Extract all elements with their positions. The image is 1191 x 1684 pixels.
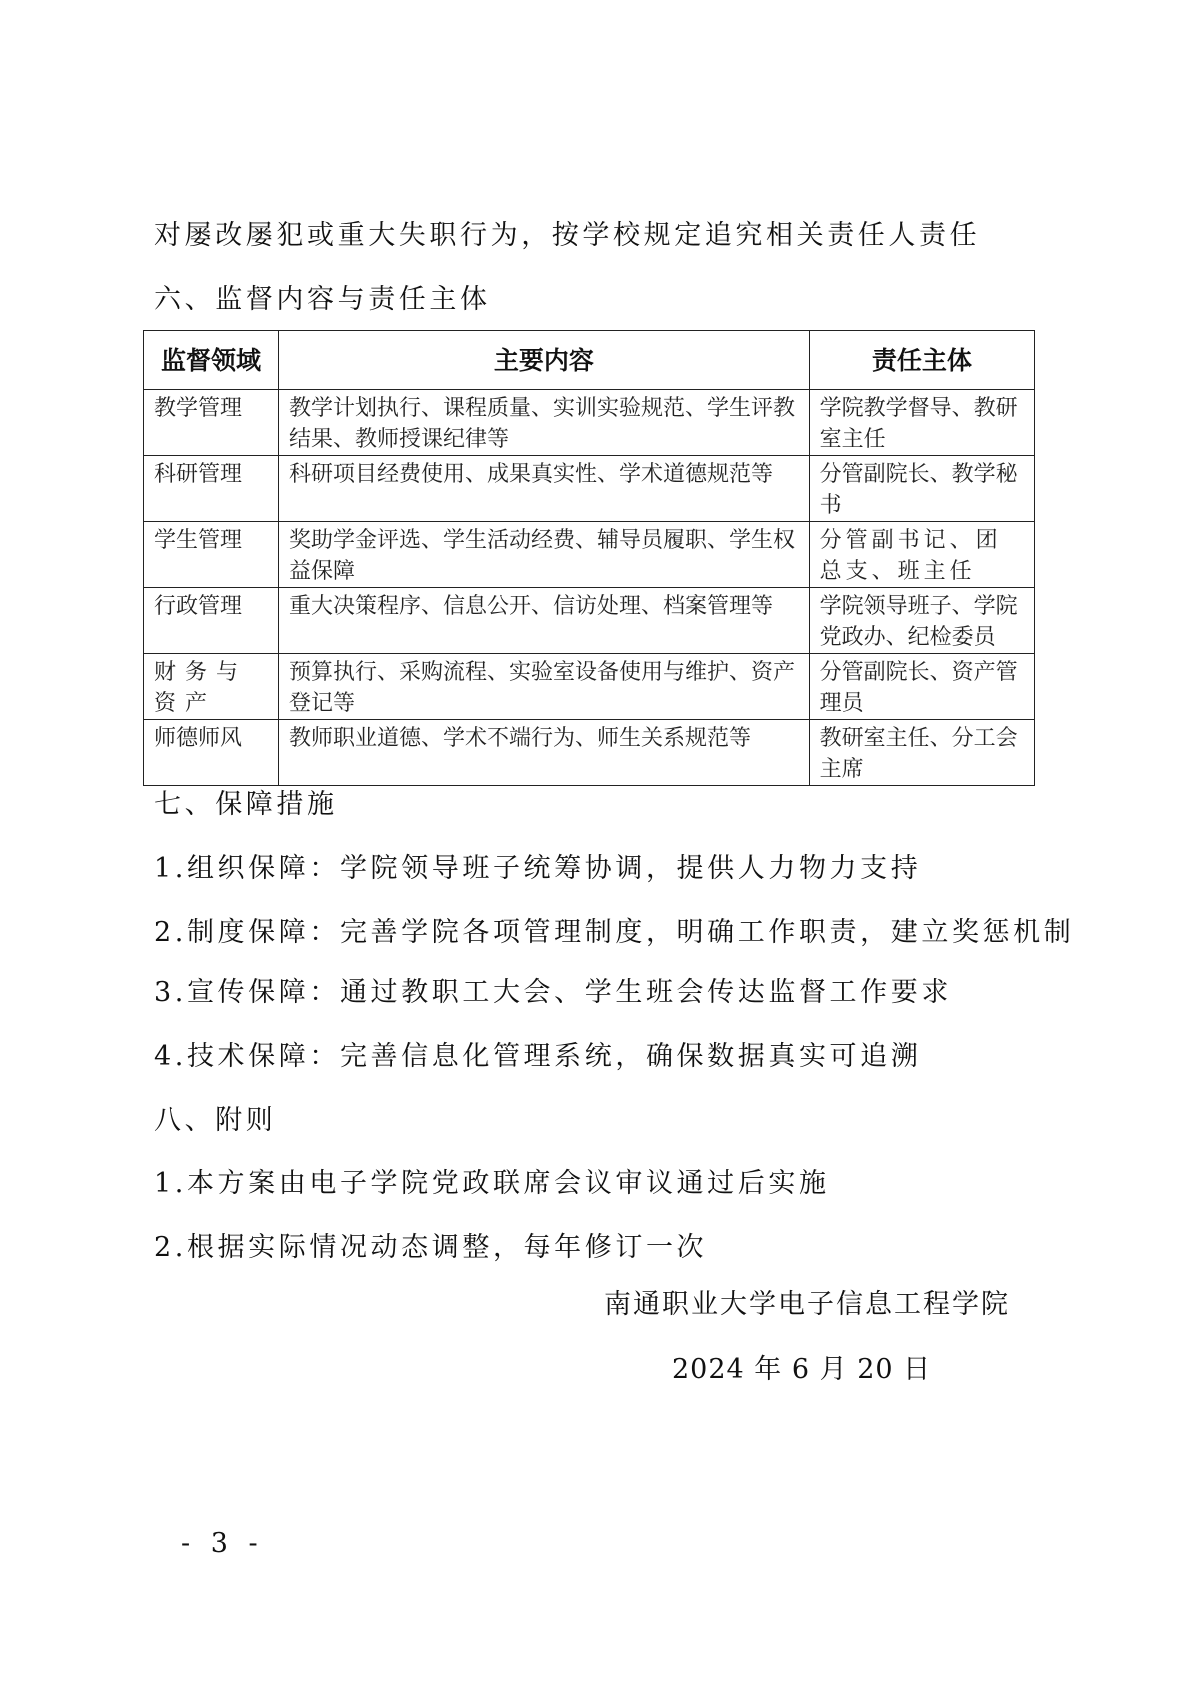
table-row: 教学管理 教学计划执行、课程质量、实训实验规范、学生评教结果、教师授课纪律等 学… — [144, 390, 1035, 456]
cell-area: 科研管理 — [144, 456, 279, 522]
table-row: 科研管理 科研项目经费使用、成果真实性、学术道德规范等 分管副院长、教学秘书 — [144, 456, 1035, 522]
cell-owner: 分管副书记、团总支、班主任 — [809, 522, 1034, 588]
cell-owner: 教研室主任、分工会主席 — [809, 720, 1034, 786]
cell-content: 教学计划执行、课程质量、实训实验规范、学生评教结果、教师授课纪律等 — [279, 390, 810, 456]
page-number: - 3 - — [181, 1527, 264, 1561]
cell-content: 科研项目经费使用、成果真实性、学术道德规范等 — [279, 456, 810, 522]
table-row: 财务与资产 预算执行、采购流程、实验室设备使用与维护、资产登记等 分管副院长、资… — [144, 654, 1035, 720]
header-area: 监督领域 — [144, 331, 279, 390]
cell-content: 教师职业道德、学术不端行为、师生关系规范等 — [279, 720, 810, 786]
cell-owner: 分管副院长、资产管理员 — [809, 654, 1034, 720]
header-owner: 责任主体 — [809, 331, 1034, 390]
section-7-item: 2.制度保障：完善学院各项管理制度，明确工作职责，建立奖惩机制 — [154, 916, 1074, 950]
cell-content: 奖助学金评选、学生活动经费、辅导员履职、学生权益保障 — [279, 522, 810, 588]
cell-content: 重大决策程序、信息公开、信访处理、档案管理等 — [279, 588, 810, 654]
section-8-title: 八、附则 — [154, 1104, 276, 1138]
cell-area: 师德师风 — [144, 720, 279, 786]
section-8-item: 1.本方案由电子学院党政联席会议审议通过后实施 — [154, 1167, 830, 1201]
supervision-table: 监督领域 主要内容 责任主体 教学管理 教学计划执行、课程质量、实训实验规范、学… — [143, 330, 1035, 786]
section-7-title: 七、保障措施 — [154, 788, 338, 822]
cell-area: 行政管理 — [144, 588, 279, 654]
section-7-item: 1.组织保障：学院领导班子统筹协调，提供人力物力支持 — [154, 852, 921, 886]
section-6-title: 六、监督内容与责任主体 — [154, 283, 491, 317]
cell-owner: 学院教学督导、教研室主任 — [809, 390, 1034, 456]
table-header-row: 监督领域 主要内容 责任主体 — [144, 331, 1035, 390]
table-row: 学生管理 奖助学金评选、学生活动经费、辅导员履职、学生权益保障 分管副书记、团总… — [144, 522, 1035, 588]
cell-content: 预算执行、采购流程、实验室设备使用与维护、资产登记等 — [279, 654, 810, 720]
section-7-item: 4.技术保障：完善信息化管理系统，确保数据真实可追溯 — [154, 1040, 921, 1074]
cell-owner: 分管副院长、教学秘书 — [809, 456, 1034, 522]
section-8-item: 2.根据实际情况动态调整，每年修订一次 — [154, 1231, 707, 1265]
table-row: 行政管理 重大决策程序、信息公开、信访处理、档案管理等 学院领导班子、学院党政办… — [144, 588, 1035, 654]
signature-organization: 南通职业大学电子信息工程学院 — [604, 1288, 1010, 1322]
table-row: 师德师风 教师职业道德、学术不端行为、师生关系规范等 教研室主任、分工会主席 — [144, 720, 1035, 786]
cell-area: 财务与资产 — [144, 654, 279, 720]
section-7-item: 3.宣传保障：通过教职工大会、学生班会传达监督工作要求 — [154, 976, 952, 1010]
penalty-paragraph: 对屡改屡犯或重大失职行为，按学校规定追究相关责任人责任 — [154, 219, 980, 253]
cell-owner: 学院领导班子、学院党政办、纪检委员 — [809, 588, 1034, 654]
cell-area: 学生管理 — [144, 522, 279, 588]
signature-date: 2024 年 6 月 20 日 — [672, 1353, 931, 1387]
cell-area: 教学管理 — [144, 390, 279, 456]
header-content: 主要内容 — [279, 331, 810, 390]
